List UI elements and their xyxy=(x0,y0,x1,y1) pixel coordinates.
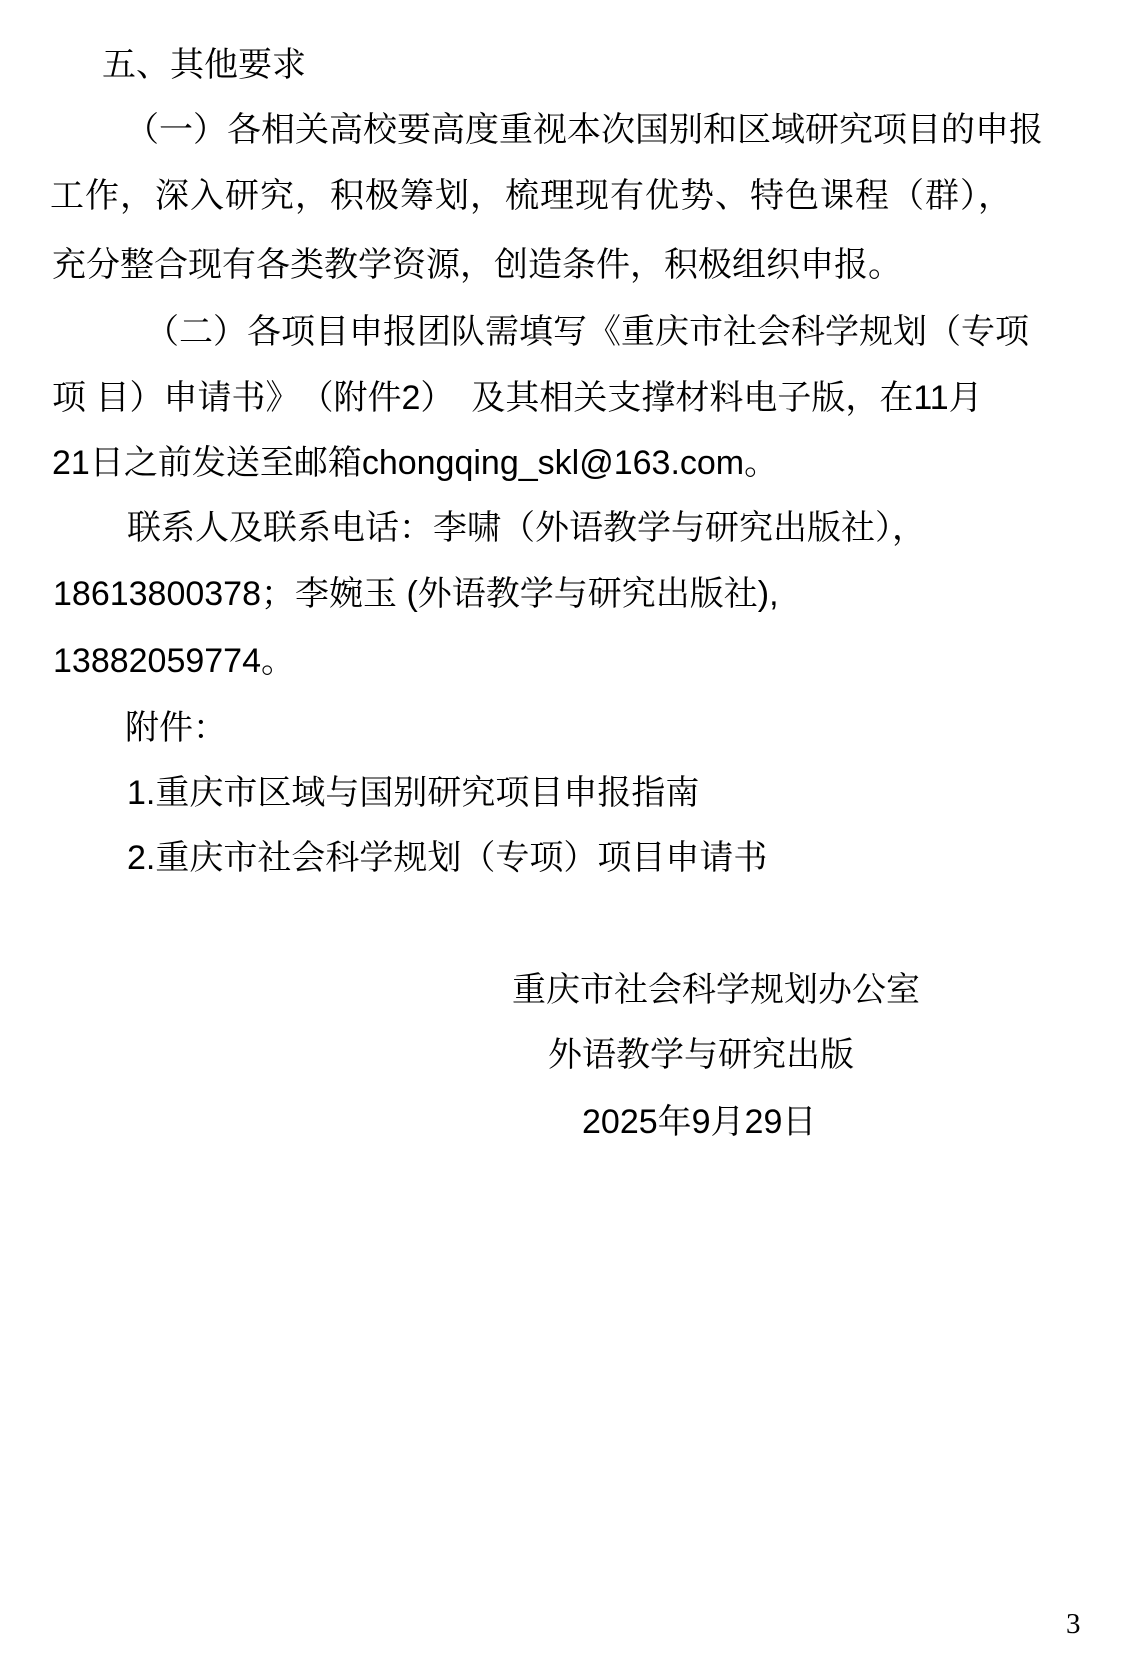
para-2-line-2: 项 目）申请书》 （附件2） 及其相关支撑材料电子版，在11月 xyxy=(52,377,983,419)
contact-line-2: 18613800378；李婉玉 (外语教学与研究出版社), xyxy=(53,573,779,615)
para-2-line-3: 21日之前发送至邮箱chongqing_skl@163.com。 xyxy=(52,442,778,484)
para-1-line-2: 工作，深入研究，积极筹划，梳理现有优势、特色课程（群）， xyxy=(50,175,1013,217)
signature-org-1: 重庆市社会科学规划办公室 xyxy=(512,969,920,1011)
signature-date: 2025年9月29日 xyxy=(582,1101,816,1143)
signature-org-2: 外语教学与研究出版 xyxy=(548,1034,854,1076)
para-2-line-1: （二）各项目申报团队需填写《重庆市社会科学规划（专项 xyxy=(145,311,1029,353)
page-number: 3 xyxy=(1066,1608,1081,1641)
document-page: 五、其他要求 （一）各相关高校要高度重视本次国别和区域研究项目的申报 工作，深入… xyxy=(0,0,1127,1666)
para-1-line-3: 充分整合现有各类教学资源，创造条件，积极组织申报。 xyxy=(52,244,902,286)
section-heading: 五、其他要求 xyxy=(102,44,306,86)
contact-line-3: 13882059774。 xyxy=(53,640,295,682)
attachment-item-1: 1.重庆市区域与国别研究项目申报指南 xyxy=(127,772,699,814)
attachment-item-2: 2.重庆市社会科学规划（专项）项目申请书 xyxy=(127,837,767,879)
para-1-line-1: （一）各相关高校要高度重视本次国别和区域研究项目的申报 xyxy=(125,109,1043,151)
attachments-label: 附件： xyxy=(125,707,227,749)
contact-line-1: 联系人及联系电话：李啸（外语教学与研究出版社）， xyxy=(127,507,926,549)
